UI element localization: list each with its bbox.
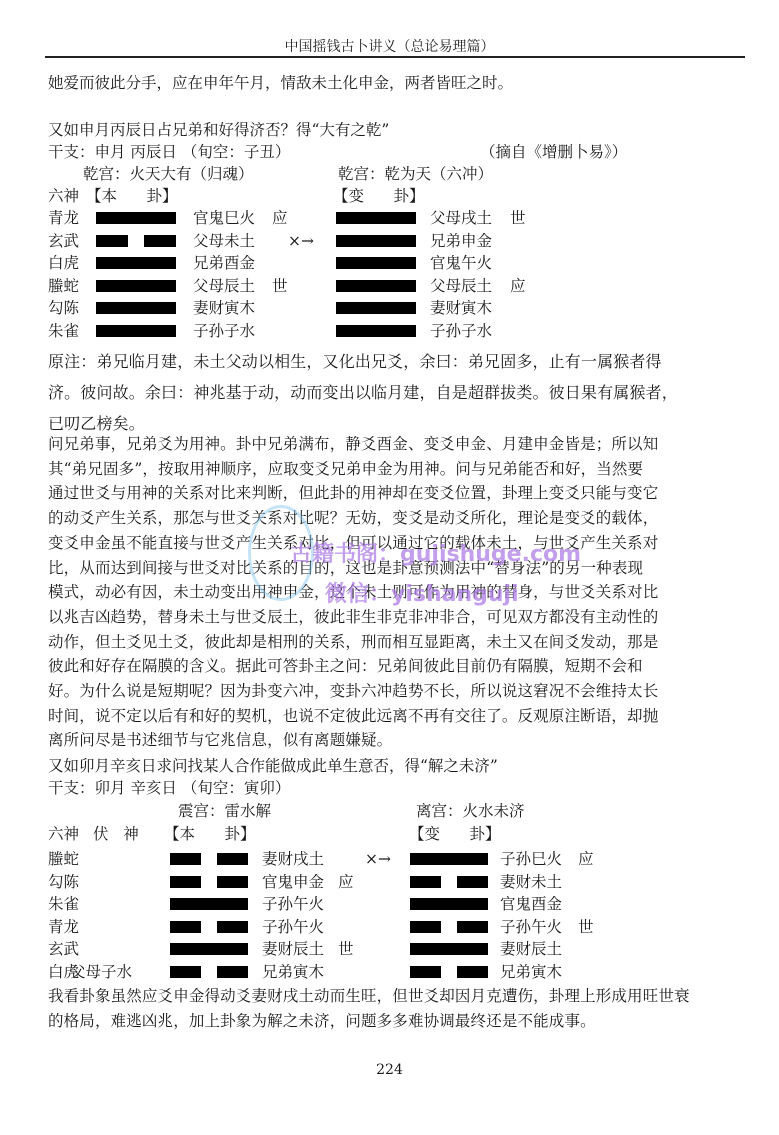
bian-yao-text: 父母辰土 [430, 276, 492, 296]
example2-ganzhi: 干支：卯月 辛亥日 （旬空：寅卯） [48, 778, 290, 798]
example1-ganzhi: 干支：申月 丙辰日 （旬空：子丑） [48, 142, 290, 162]
ben-yang-line [96, 212, 176, 224]
six-god-label: 勾陈 [48, 872, 79, 892]
ben-yin-line-left [170, 876, 201, 888]
ben-yang-line [170, 943, 248, 955]
example1-col-ben: 【本 卦】 [86, 186, 178, 206]
bian-yao-text: 子孙子水 [430, 321, 492, 341]
bian-yang-line [336, 302, 416, 314]
six-god-label: 朱雀 [48, 894, 79, 914]
bian-yang-line [410, 898, 488, 910]
ben-yin-line-left [170, 853, 201, 865]
conclusion-line: 的格局，难逃凶兆，加上卦象为解之未济，问题多多难协调最终还是不能成事。 [48, 1009, 748, 1034]
example1-palace-bian: 乾宫：乾为天（六冲） [338, 164, 493, 184]
example2-palace-ben: 震宫：雷水解 [178, 801, 271, 821]
ben-yao-text: 妻财寅木 [193, 298, 255, 318]
ben-yao-text: 子孙午火 [262, 917, 324, 937]
bian-yao-text: 妻财未土 [500, 872, 562, 892]
six-god-label: 青龙 [48, 208, 79, 228]
six-god-label: 螣蛇 [48, 276, 79, 296]
bian-shi-ying-mark: 世 [510, 208, 526, 228]
page-number: 224 [0, 1062, 779, 1078]
fushen-label: 父母子水 [70, 962, 132, 982]
moving-line-marker: ×→ [288, 231, 314, 251]
ben-yang-line [96, 280, 176, 292]
ben-shi-ying-mark: 世 [338, 939, 354, 959]
ben-yang-line [170, 898, 248, 910]
example2-palace-bian: 离宫：火水未济 [416, 801, 525, 821]
six-god-label: 勾陈 [48, 298, 79, 318]
ben-yang-line [96, 302, 176, 314]
analysis-line: 离所问尽是书述细节与它兆信息，似有离题嫌疑。 [48, 728, 748, 753]
ben-yao-text: 妻财辰土 [262, 939, 324, 959]
analysis-line: 问兄弟事，兄弟爻为用神。卦中兄弟满布，静爻酉金、变爻申金、月建申金皆是；所以知 [48, 432, 748, 457]
bian-yang-line [410, 943, 488, 955]
bian-yao-text: 子孙午火 [500, 917, 562, 937]
bian-yao-text: 子孙巳火 [500, 849, 562, 869]
bian-yin-line-right [457, 921, 488, 933]
ben-yin-line-right [144, 235, 176, 247]
six-god-label: 螣蛇 [48, 849, 79, 869]
ben-yao-text: 父母辰土 [193, 276, 255, 296]
bian-yin-line-right [457, 876, 488, 888]
ben-yin-line-right [217, 921, 248, 933]
analysis-line: 通过世爻与用神的关系对比来判断，但此卦的用神却在变爻位置，卦理上变爻只能与变它 [48, 481, 748, 506]
bian-yang-line [336, 212, 416, 224]
analysis-line: 以兆吉凶趋势，替身未土与世爻辰土，彼此非生非克非冲非合，可见双方都没有主动性的 [48, 605, 748, 630]
ben-yang-line [96, 257, 176, 269]
bian-yin-line-left [410, 966, 441, 978]
six-god-label: 白虎 [48, 253, 79, 273]
ben-yao-text: 官鬼巳火 [193, 208, 255, 228]
analysis-line: 彼此和好存在隔膜的含义。据此可答卦主之问：兄弟间彼此目前仍有隔膜，短期不会和 [48, 654, 748, 679]
bian-yin-line-left [410, 921, 441, 933]
header-rule [45, 56, 745, 58]
example1-palace-ben: 乾宫：火天大有（归魂） [83, 164, 254, 184]
ben-yin-line-left [170, 921, 201, 933]
six-god-label: 玄武 [48, 939, 79, 959]
intro-line: 她爱而彼此分手，应在申年午月，情敌未土化申金，两者皆旺之时。 [48, 73, 513, 93]
bian-yin-line-right [457, 966, 488, 978]
bian-shi-ying-mark: 世 [578, 917, 594, 937]
ben-yin-line-left [170, 966, 201, 978]
ben-yin-line-left [96, 235, 128, 247]
ben-shi-ying-mark: 应 [272, 208, 288, 228]
ben-yao-text: 兄弟酉金 [193, 253, 255, 273]
example1-col-bian: 【变 卦】 [333, 186, 425, 206]
ben-yao-text: 子孙子水 [193, 321, 255, 341]
ben-shi-ying-mark: 应 [338, 872, 354, 892]
watermark-line2: 微信：yishanguji [325, 577, 519, 608]
bian-yao-text: 兄弟寅木 [500, 962, 562, 982]
example2-col-fushen: 伏 神 [93, 824, 139, 844]
bian-yang-line [336, 325, 416, 337]
conclusion-paragraph: 我看卦象虽然应爻申金得动爻妻财戌土动而生旺，但世爻却因月克遭伤，卦理上形成用旺世… [48, 984, 748, 1033]
analysis-line: 时间，说不定以后有和好的契机，也说不定彼此远离不再有交往了。反观原注断语，却抛 [48, 704, 748, 729]
ben-yin-line-right [217, 966, 248, 978]
conclusion-line: 我看卦象虽然应爻申金得动爻妻财戌土动而生旺，但世爻却因月克遭伤，卦理上形成用旺世… [48, 984, 748, 1009]
ben-yao-text: 妻财戌土 [262, 849, 324, 869]
original-note: 原注：弟兄临月建，未土父动以相生，又化出兄爻，余曰：弟兄固多，止有一属猴者得 济… [48, 346, 748, 439]
bian-yang-line [336, 235, 416, 247]
six-god-label: 青龙 [48, 917, 79, 937]
watermark-line1: 古籍书阁：gujishuge.com [290, 537, 581, 568]
bian-shi-ying-mark: 应 [578, 849, 594, 869]
six-god-label: 玄武 [48, 231, 79, 251]
bian-yang-line [410, 853, 488, 865]
example1-title: 又如申月丙辰日占兄弟和好得济否？得“大有之乾” [48, 120, 389, 140]
example2-title: 又如卯月辛亥日求问找某人合作能做成此单生意否，得“解之未济” [48, 756, 498, 776]
example2-col-ben: 【本 卦】 [164, 824, 256, 844]
example1-source: （摘自《增删卜易》） [480, 142, 627, 162]
bian-yin-line-left [410, 876, 441, 888]
example2-col-bian: 【变 卦】 [409, 824, 501, 844]
analysis-line: 好。为什么说是短期呢？因为卦变六冲，变卦六冲趋势不长，所以说这窘况不会维持太长 [48, 679, 748, 704]
ben-yao-text: 父母未土 [193, 231, 255, 251]
note-line: 济。彼问故。余曰：神兆基于动，动而变出以临月建，自是超群拔类。彼日果有属猴者， [48, 377, 748, 408]
ben-yao-text: 官鬼申金 [262, 872, 324, 892]
example2-col-liushen: 六神 [48, 824, 79, 844]
ben-yin-line-right [217, 853, 248, 865]
ben-yao-text: 兄弟寅木 [262, 962, 324, 982]
example1-col-liushen: 六神 [48, 186, 79, 206]
ben-yin-line-right [217, 876, 248, 888]
running-header: 中国摇钱古卜讲义（总论易理篇） [0, 36, 779, 56]
bian-yao-text: 官鬼酉金 [500, 894, 562, 914]
bian-yao-text: 官鬼午火 [430, 253, 492, 273]
note-line: 原注：弟兄临月建，未土父动以相生，又化出兄爻，余曰：弟兄固多，止有一属猴者得 [48, 346, 748, 377]
bian-yao-text: 兄弟申金 [430, 231, 492, 251]
bian-yang-line [336, 257, 416, 269]
ben-yang-line [96, 325, 176, 337]
bian-yang-line [336, 280, 416, 292]
bian-yao-text: 父母戌土 [430, 208, 492, 228]
six-god-label: 朱雀 [48, 321, 79, 341]
bian-shi-ying-mark: 应 [510, 276, 526, 296]
analysis-line: 其“弟兄固多”，按取用神顺序，应取变爻兄弟申金为用神。问与兄弟能否和好，当然要 [48, 457, 748, 482]
bian-yao-text: 妻财寅木 [430, 298, 492, 318]
ben-shi-ying-mark: 世 [272, 276, 288, 296]
moving-line-marker: ×→ [365, 849, 391, 869]
bian-yao-text: 妻财辰土 [500, 939, 562, 959]
analysis-line: 的动爻产生关系，那怎与世爻关系对比呢？无妨，变爻是动爻所化，理论是变爻的载体， [48, 506, 748, 531]
ben-yao-text: 子孙午火 [262, 894, 324, 914]
analysis-line: 动作，但土爻见土爻，彼此却是相刑的关系，刑而相互显距离，未土又在间爻发动，那是 [48, 630, 748, 655]
